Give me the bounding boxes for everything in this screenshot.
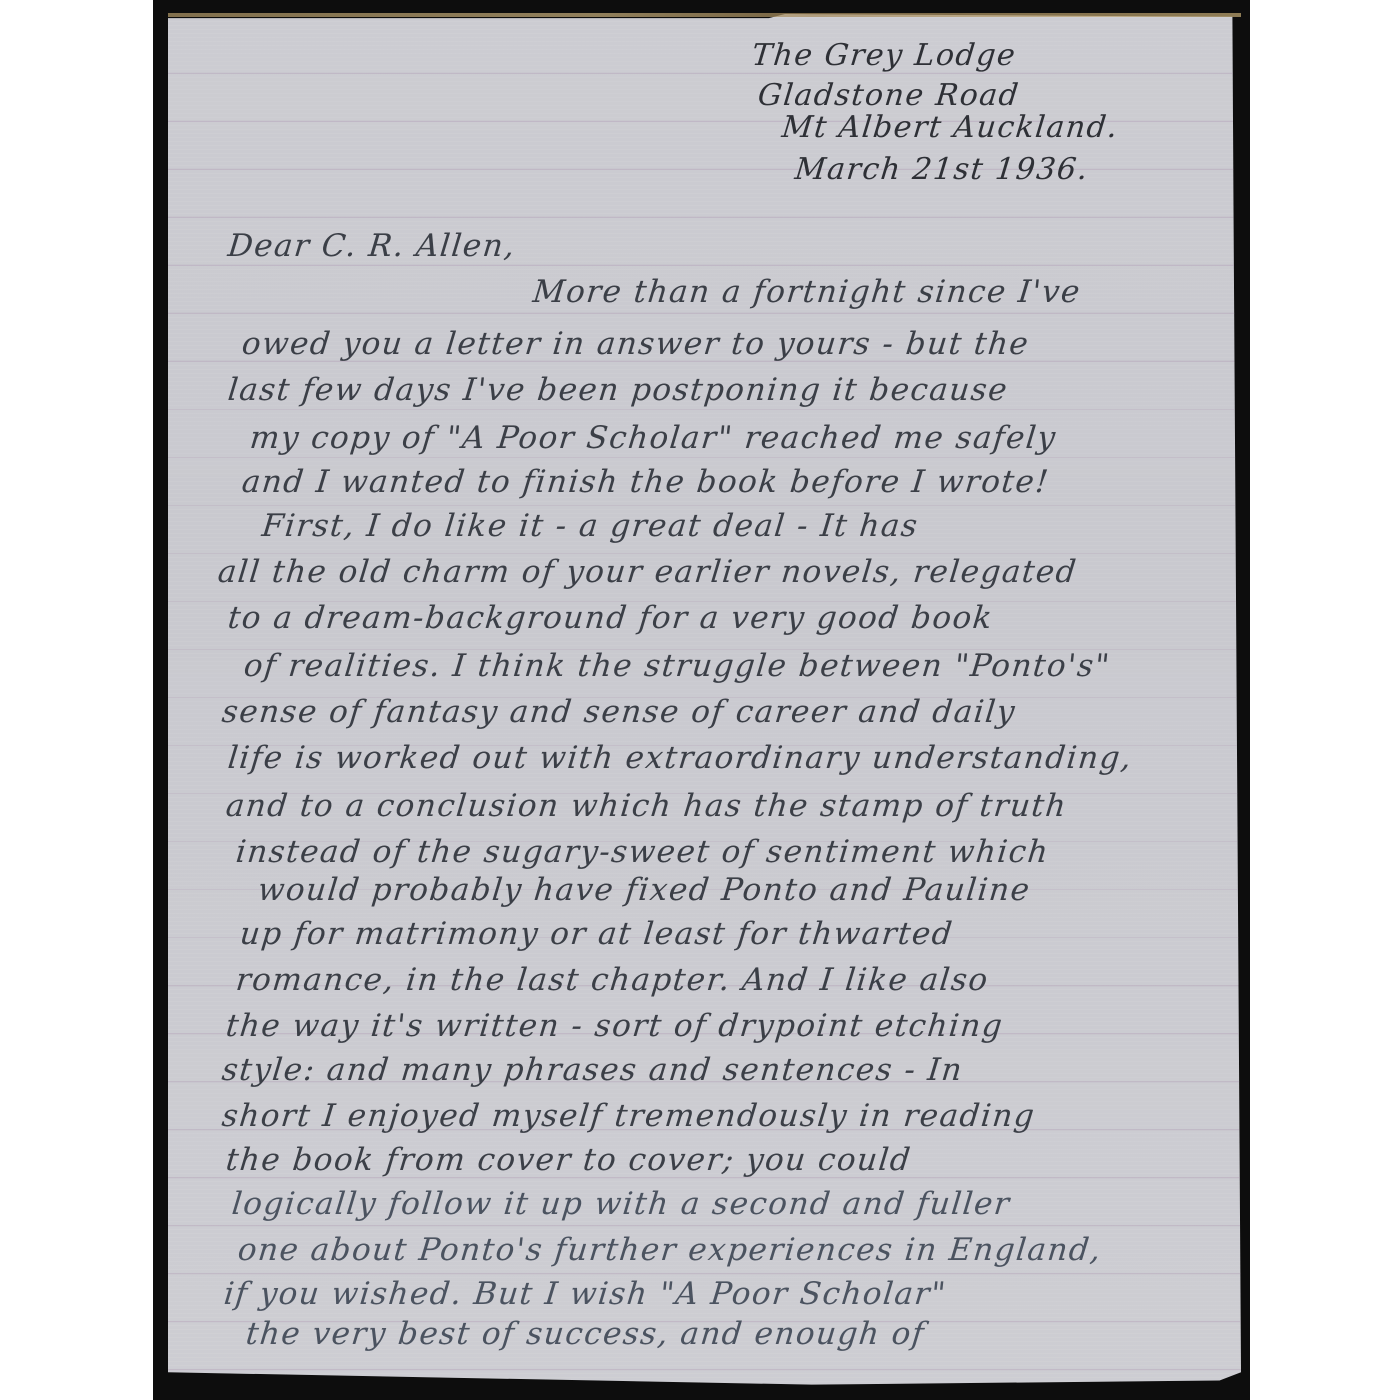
body-line: sense of fantasy and sense of career and…	[220, 694, 1018, 730]
body-line: and I wanted to finish the book before I…	[240, 464, 1051, 500]
body-line: if you wished. But I wish "A Poor Schola…	[222, 1276, 948, 1312]
paper-torn-top-edge	[168, 13, 1241, 17]
body-line: up for matrimony or at least for thwarte…	[238, 916, 955, 952]
body-line: style: and many phrases and sentences - …	[220, 1052, 965, 1088]
address-line-3: Mt Albert Auckland.	[780, 110, 1120, 145]
body-line: would probably have fixed Ponto and Paul…	[256, 872, 1032, 908]
salutation: Dear C. R. Allen,	[226, 228, 517, 264]
body-line: and to a conclusion which has the stamp …	[224, 788, 1069, 824]
body-line: More than a fortnight since I've	[531, 274, 1083, 310]
body-line: First, I do like it - a great deal - It …	[260, 508, 920, 544]
body-line: romance, in the last chapter. And I like…	[234, 962, 991, 998]
body-line: one about Ponto's further experiences in…	[236, 1232, 1103, 1268]
body-line: logically follow it up with a second and…	[230, 1186, 1012, 1222]
body-line: the book from cover to cover; you could	[224, 1142, 913, 1178]
body-line: my copy of "A Poor Scholar" reached me s…	[248, 420, 1058, 456]
letter-date: March 21st 1936.	[793, 152, 1090, 187]
body-line: instead of the sugary-sweet of sentiment…	[234, 834, 1051, 870]
address-line-1: The Grey Lodge	[750, 38, 1018, 73]
body-line: short I enjoyed myself tremendously in r…	[220, 1098, 1037, 1134]
body-line: the very best of success, and enough of	[244, 1316, 927, 1352]
body-line: life is worked out with extraordinary un…	[226, 740, 1134, 776]
body-line: all the old charm of your earlier novels…	[216, 554, 1079, 590]
body-line: the way it's written - sort of drypoint …	[224, 1008, 1005, 1044]
body-line: of realities. I think the struggle betwe…	[242, 648, 1112, 684]
body-line: last few days I've been postponing it be…	[226, 372, 1010, 408]
address-line-2: Gladstone Road	[756, 78, 1021, 113]
body-line: to a dream-background for a very good bo…	[226, 600, 995, 636]
body-line: owed you a letter in answer to yours - b…	[240, 326, 1031, 362]
